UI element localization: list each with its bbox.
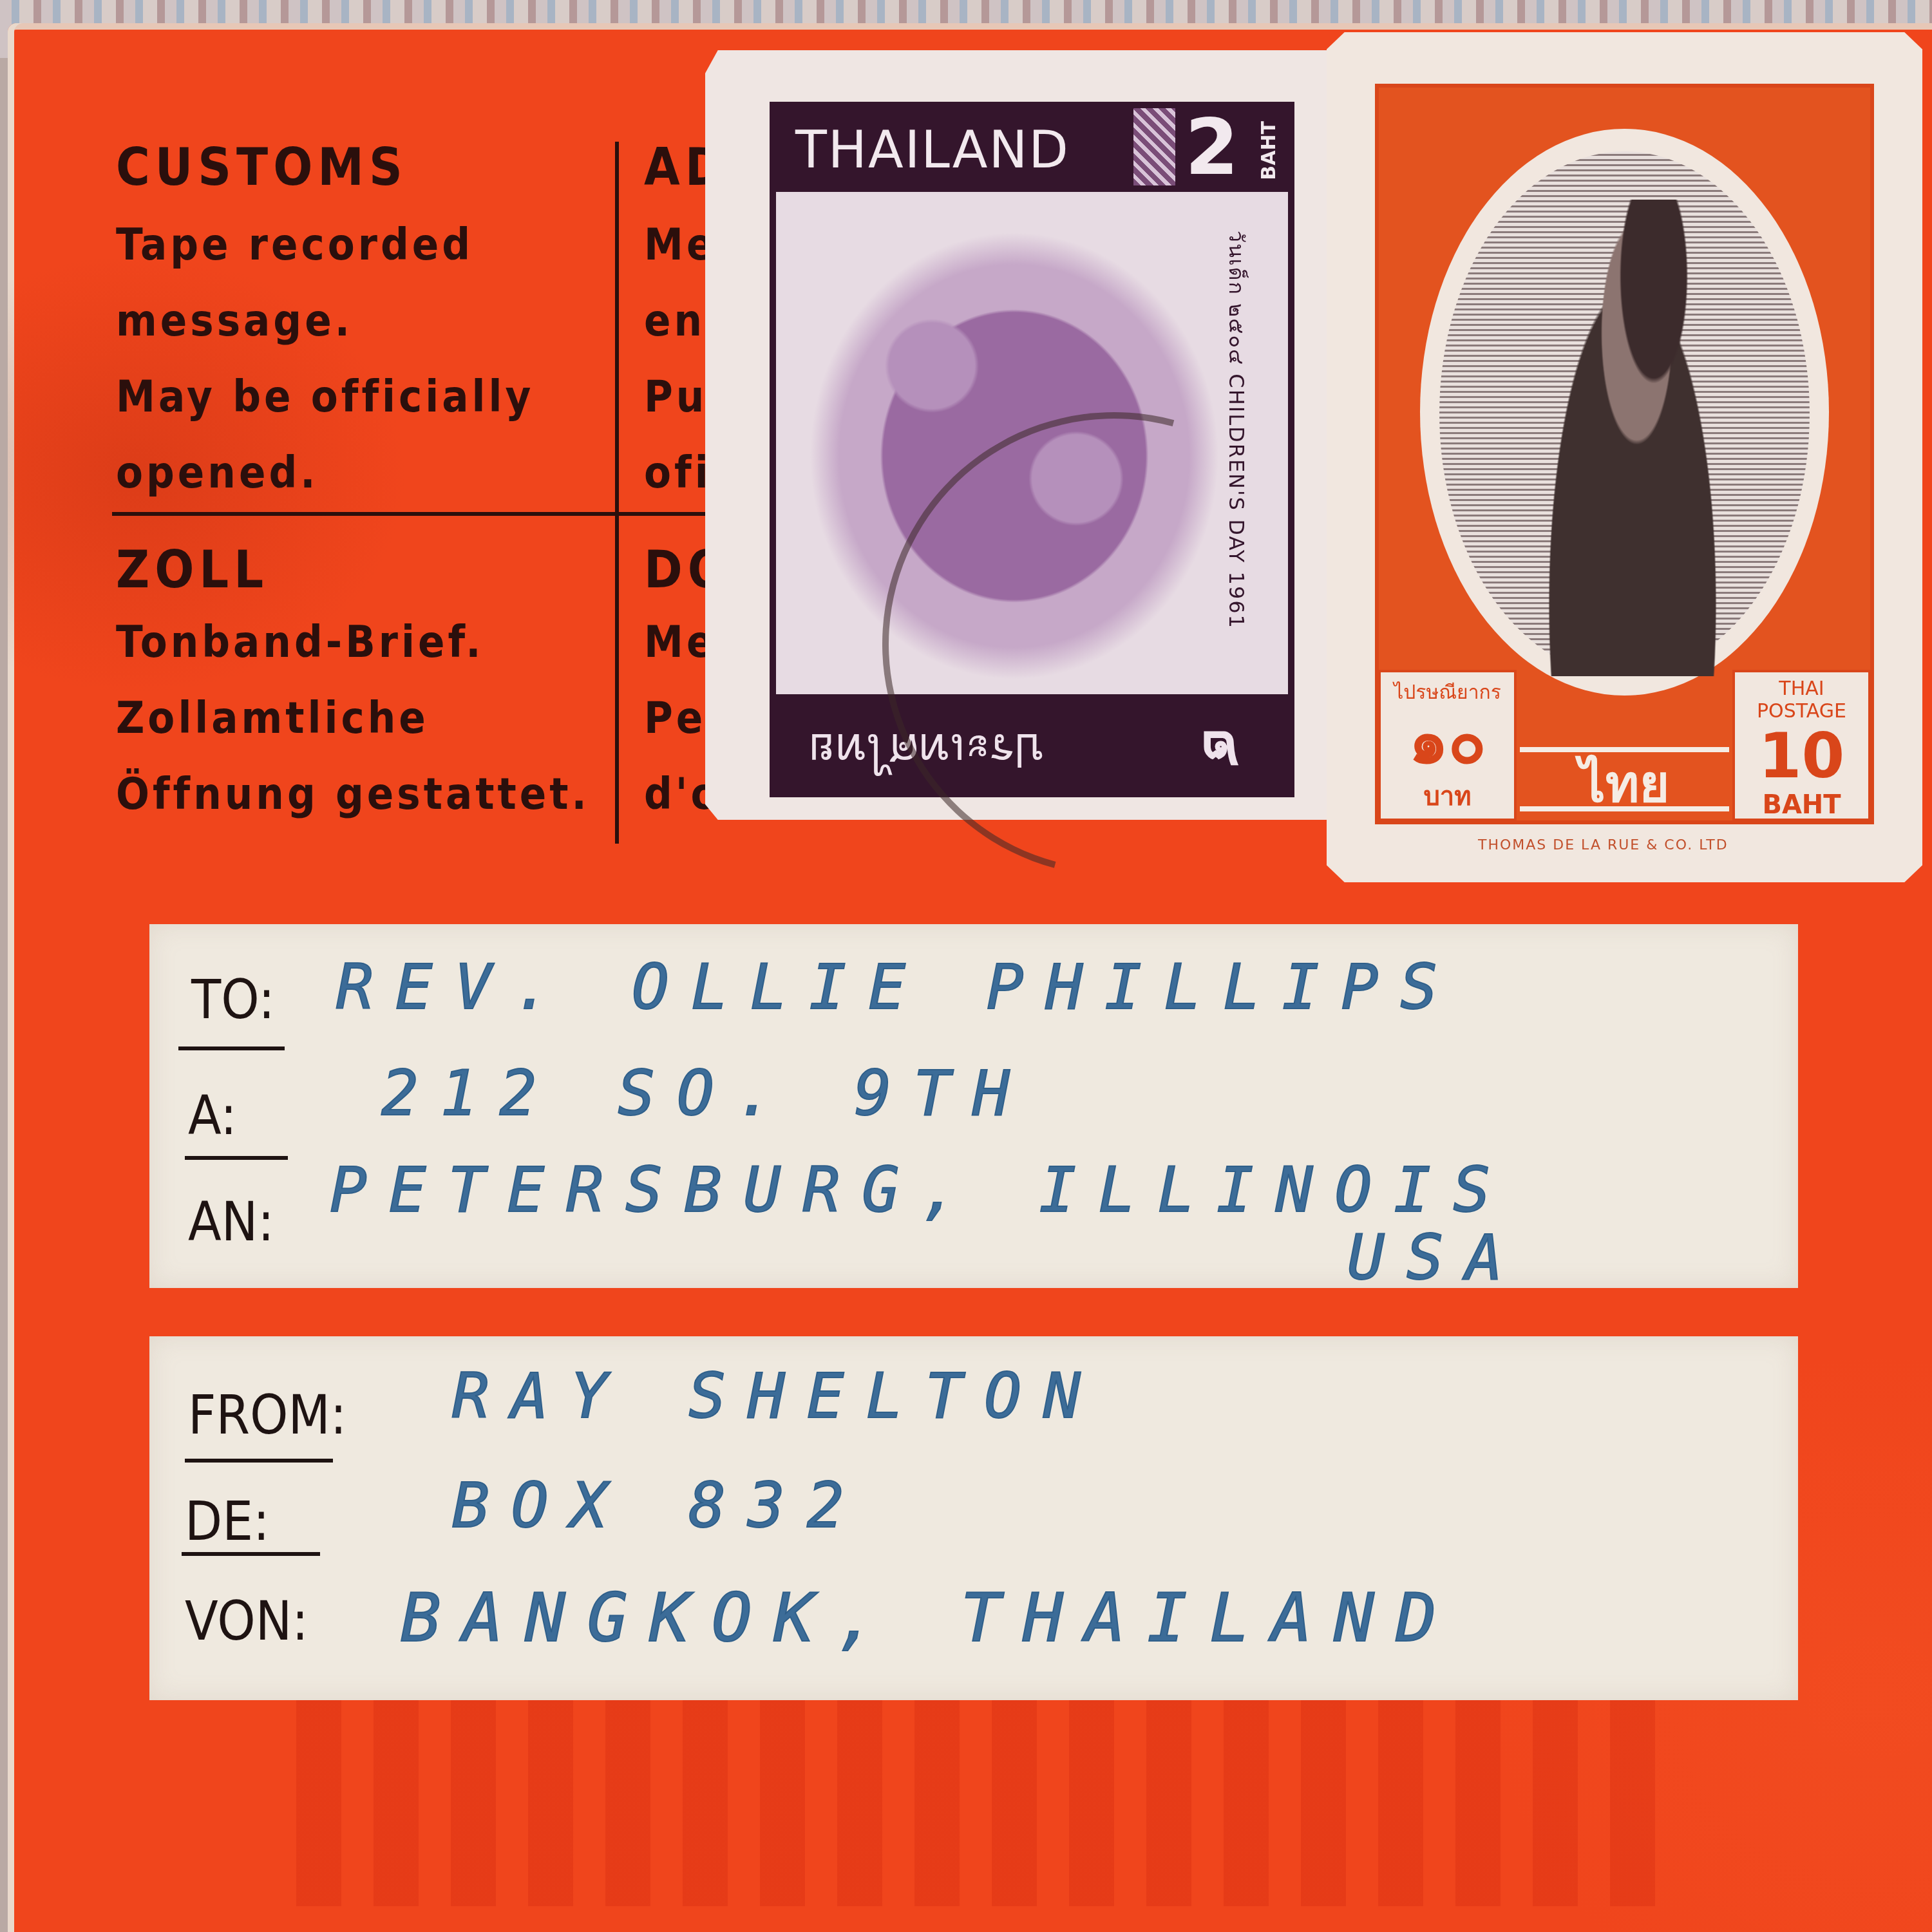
ornament-icon [1133,108,1175,185]
field-divider [178,1046,285,1050]
thai-value: ๑๐ [1381,708,1514,775]
an-field-label: AN: [188,1195,274,1249]
customs-german: ZOLL Tonband-Brief. Zollamtliche Öffnung… [116,544,590,833]
sender-name: RAY SHELTON [452,1365,1103,1427]
from-address-label: FROM: DE: VON: RAY SHELTON BOX 832 BANGK… [149,1336,1798,1700]
center-word: ไทย [1520,747,1729,811]
thai-unit: บาท [1381,775,1514,817]
english-postage-label: THAI POSTAGE [1735,677,1868,723]
printer-credit: THOMAS DE LA RUE & CO. LTD [1478,837,1728,853]
recipient-name: REV. OLLIE PHILLIPS [336,956,1459,1018]
recipient-city: PETERSBURG, ILLINOIS [330,1159,1512,1221]
zoll-line: Öffnung gestattet. [116,757,590,833]
row-divider [112,512,795,516]
recipient-street: 212 SO. 9TH [381,1063,1032,1124]
zoll-line: Tonband-Brief. [116,605,590,681]
king-portrait-icon [1526,200,1739,676]
to-field-label: TO: [191,972,275,1027]
customs-line: opened. [116,435,534,511]
customs-heading: CUSTOMS [116,142,534,193]
faded-print [296,1700,1674,1906]
zoll-line: Zollamtliche [116,681,590,757]
stamp-value: 2 [1185,103,1239,193]
stamp-value-unit: BAHT [1258,121,1280,180]
von-field-label: VON: [185,1594,308,1648]
thai-postage-label: ไปรษณียากร [1381,677,1514,708]
sender-box: BOX 832 [452,1475,866,1537]
english-unit: BAHT [1735,790,1868,820]
field-divider [185,1156,288,1160]
from-field-label: FROM: [188,1388,346,1442]
column-divider [615,142,619,844]
sender-city: BANGKOK, THAILAND [401,1584,1458,1651]
customs-notice: CUSTOMS Tape recorded message. May be of… [116,129,760,837]
a-field-label: A: [188,1088,237,1142]
field-divider [185,1459,333,1463]
thai-value-box: ไปรษณียากร ๑๐ บาท [1378,670,1517,821]
customs-english: CUSTOMS Tape recorded message. May be of… [116,142,534,511]
english-value-box: THAI POSTAGE 10 BAHT [1732,670,1871,821]
king-portrait-stamp: ไปรษณียากร ๑๐ บาท ไทย THAI POSTAGE 10 BA… [1327,32,1922,882]
customs-line: message. [116,283,534,359]
customs-line: May be officially [116,359,534,435]
zoll-heading: ZOLL [116,544,590,596]
de-field-label: DE: [185,1494,269,1548]
to-address-label: TO: A: AN: REV. OLLIE PHILLIPS 212 SO. 9… [149,924,1798,1288]
customs-line: Tape recorded [116,207,534,283]
recipient-country: USA [1347,1227,1524,1289]
stamp-country: THAILAND [795,120,1070,180]
field-divider [182,1552,320,1556]
english-value: 10 [1735,723,1868,790]
